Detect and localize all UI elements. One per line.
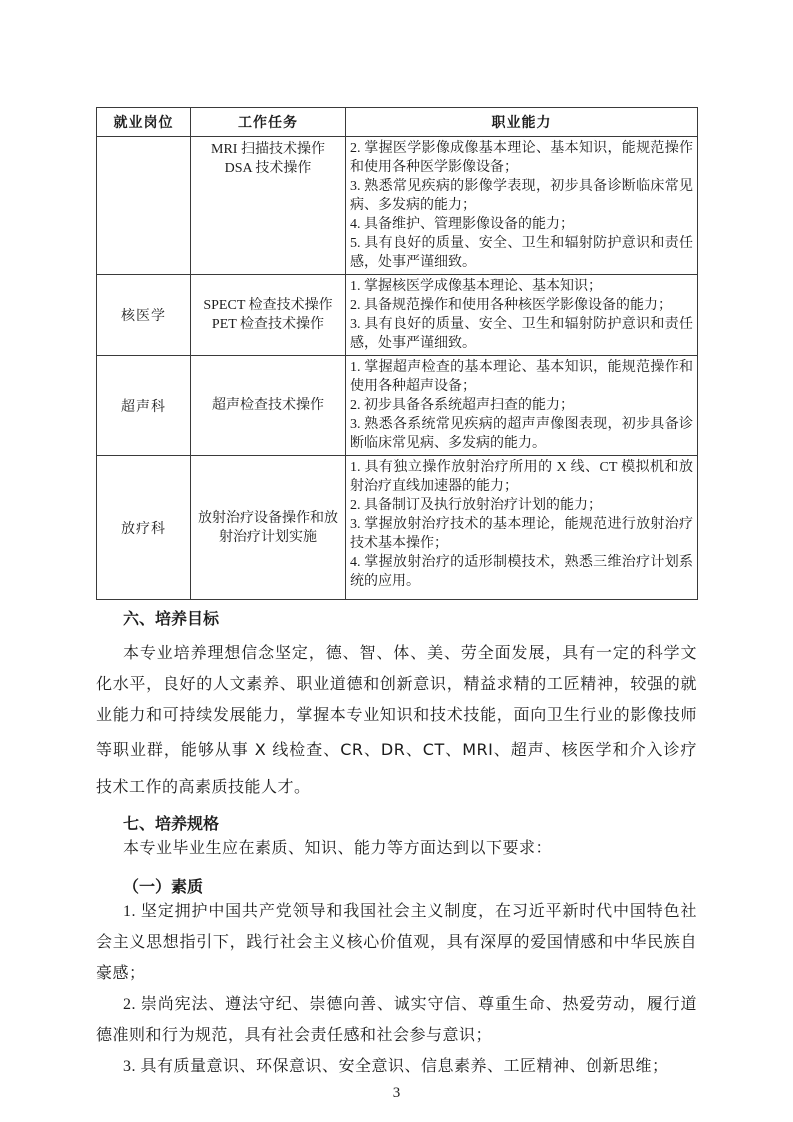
cell-tasks: MRI 扫描技术操作 DSA 技术操作 (191, 137, 346, 275)
ability-item: 3. 熟悉各系统常见疾病的超声声像图表现，初步具备诊断临床常见病、多发病的能力。 (350, 415, 693, 453)
document-page: 就业岗位 工作任务 职业能力 MRI 扫描技术操作 DSA 技术操作 2. 掌握… (0, 0, 793, 1122)
ability-item: 3. 熟悉常见疾病的影像学表现，初步具备诊断临床常见病、多发病的能力； (350, 177, 693, 215)
task-item: SPECT 检查技术操作 (195, 296, 341, 315)
column-header-position: 就业岗位 (97, 108, 191, 137)
section-heading-training-goal: 六、培养目标 (96, 609, 697, 628)
task-item: PET 检查技术操作 (195, 315, 341, 334)
quality-item: 3. 具有质量意识、环保意识、安全意识、信息素养、工匠精神、创新思维； (96, 1051, 697, 1082)
column-header-tasks: 工作任务 (191, 108, 346, 137)
ability-item: 1. 掌握核医学成像基本理论、基本知识； (350, 277, 693, 296)
training-goal-paragraph: 本专业培养理想信念坚定，德、智、体、美、劳全面发展，具有一定的科学文化水平，良好… (96, 638, 697, 805)
cell-tasks: 超声检查技术操作 (191, 356, 346, 456)
subsection-heading-quality: （一）素质 (96, 877, 697, 896)
cell-abilities: 1. 掌握核医学成像基本理论、基本知识； 2. 具备规范操作和使用各种核医学影像… (346, 275, 698, 356)
page-number: 3 (96, 1085, 697, 1102)
ability-item: 3. 具有良好的质量、安全、卫生和辐射防护意识和责任感，处事严谨细致。 (350, 315, 693, 353)
ability-item: 2. 掌握医学影像成像基本理论、基本知识，能规范操作和使用各种医学影像设备； (350, 139, 693, 177)
jobs-abilities-table: 就业岗位 工作任务 职业能力 MRI 扫描技术操作 DSA 技术操作 2. 掌握… (96, 107, 698, 600)
cell-position: 核医学 (97, 275, 191, 356)
ability-item: 2. 具备制订及执行放射治疗计划的能力； (350, 496, 693, 515)
cell-tasks: SPECT 检查技术操作 PET 检查技术操作 (191, 275, 346, 356)
ability-item: 1. 具有独立操作放射治疗所用的 X 线、CT 模拟机和放射治疗直线加速器的能力… (350, 458, 693, 496)
task-item: 放射治疗设备操作和放射治疗计划实施 (195, 509, 341, 547)
training-spec-paragraph: 本专业毕业生应在素质、知识、能力等方面达到以下要求： (96, 833, 697, 864)
ability-item: 4. 具备维护、管理影像设备的能力； (350, 215, 693, 234)
table-row: 放疗科 放射治疗设备操作和放射治疗计划实施 1. 具有独立操作放射治疗所用的 X… (97, 456, 698, 600)
task-item: 超声检查技术操作 (195, 396, 341, 415)
ability-item: 2. 具备规范操作和使用各种核医学影像设备的能力； (350, 296, 693, 315)
ability-item: 1. 掌握超声检查的基本理论、基本知识，能规范操作和使用各种超声设备； (350, 358, 693, 396)
table-header-row: 就业岗位 工作任务 职业能力 (97, 108, 698, 137)
ability-item: 2. 初步具备各系统超声扫查的能力； (350, 396, 693, 415)
ability-item: 4. 掌握放射治疗的适形制模技术，熟悉三维治疗计划系统的应用。 (350, 553, 693, 591)
cell-position (97, 137, 191, 275)
task-item: MRI 扫描技术操作 (195, 140, 341, 159)
table-row: 核医学 SPECT 检查技术操作 PET 检查技术操作 1. 掌握核医学成像基本… (97, 275, 698, 356)
cell-abilities: 1. 掌握超声检查的基本理论、基本知识，能规范操作和使用各种超声设备； 2. 初… (346, 356, 698, 456)
ability-item: 3. 掌握放射治疗技术的基本理论，能规范进行放射治疗技术基本操作； (350, 515, 693, 553)
quality-item: 2. 崇尚宪法、遵法守纪、崇德向善、诚实守信、尊重生命、热爱劳动，履行道德准则和… (96, 989, 697, 1051)
section-heading-training-spec: 七、培养规格 (96, 814, 697, 833)
task-item: DSA 技术操作 (195, 159, 341, 178)
table-row: MRI 扫描技术操作 DSA 技术操作 2. 掌握医学影像成像基本理论、基本知识… (97, 137, 698, 275)
cell-position: 超声科 (97, 356, 191, 456)
ability-item: 5. 具有良好的质量、安全、卫生和辐射防护意识和责任感，处事严谨细致。 (350, 234, 693, 272)
cell-tasks: 放射治疗设备操作和放射治疗计划实施 (191, 456, 346, 600)
quality-item: 1. 坚定拥护中国共产党领导和我国社会主义制度，在习近平新时代中国特色社会主义思… (96, 896, 697, 989)
table-row: 超声科 超声检查技术操作 1. 掌握超声检查的基本理论、基本知识，能规范操作和使… (97, 356, 698, 456)
cell-abilities: 2. 掌握医学影像成像基本理论、基本知识，能规范操作和使用各种医学影像设备； 3… (346, 137, 698, 275)
column-header-abilities: 职业能力 (346, 108, 698, 137)
cell-position: 放疗科 (97, 456, 191, 600)
cell-abilities: 1. 具有独立操作放射治疗所用的 X 线、CT 模拟机和放射治疗直线加速器的能力… (346, 456, 698, 600)
